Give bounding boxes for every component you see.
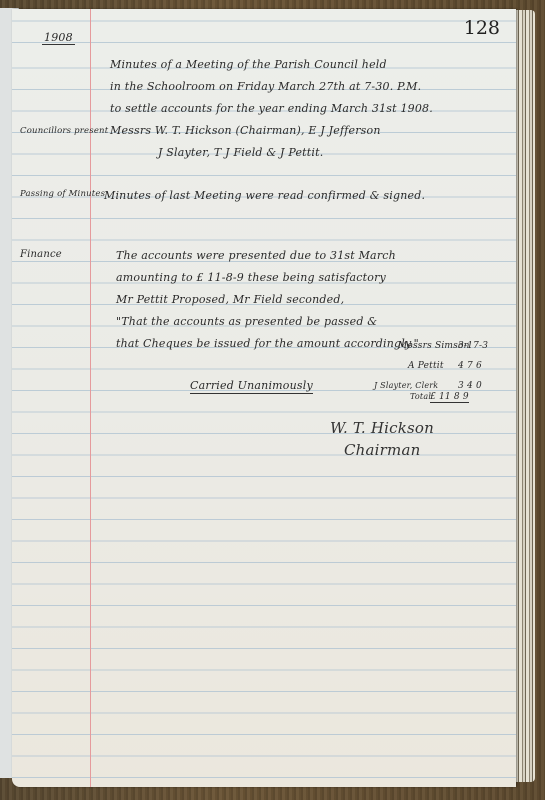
councillors-line: J Slayter, T J Field & J Pettit. (158, 146, 323, 159)
signature-title: Chairman (344, 441, 420, 459)
minutes-text: Minutes of last Meeting were read confir… (104, 189, 425, 202)
payment-amount: 3-17-3 (458, 341, 488, 351)
year-heading: 1908 (42, 31, 75, 45)
finance-line: The accounts were presented due to 31st … (116, 249, 396, 262)
payment-amount: 4 7 6 (458, 361, 482, 371)
minutes-label: Passing of Minutes (20, 189, 105, 199)
payment-amount: 3 4 0 (458, 381, 482, 391)
payment-payee: A Pettit (408, 361, 444, 371)
heading-line: to settle accounts for the year ending M… (110, 102, 433, 115)
finance-line: "That the accounts as presented be passe… (116, 315, 377, 328)
page-number: 128 (464, 17, 500, 39)
finance-line: amounting to £ 11-8-9 these being satisf… (116, 271, 386, 284)
finance-label: Finance (20, 249, 62, 260)
resolution-result: Carried Unanimously (190, 379, 313, 394)
heading-line: Minutes of a Meeting of the Parish Counc… (110, 58, 387, 71)
signature-name: W. T. Hickson (330, 419, 434, 437)
councillors-line: Messrs W. T. Hickson (Chairman), E J Jef… (110, 124, 381, 137)
total-label: Total (410, 392, 431, 401)
finance-line: that Cheques be issued for the amount ac… (116, 337, 419, 350)
payment-payee: J Slayter, Clerk (374, 381, 438, 390)
total-amount: £ 11 8 9 (430, 392, 469, 403)
ledger-page: 1908 128 Minutes of a Meeting of the Par… (12, 9, 516, 787)
finance-line: Mr Pettit Proposed, Mr Field seconded, (116, 293, 344, 306)
heading-line: in the Schoolroom on Friday March 27th a… (110, 80, 421, 93)
councillors-label: Councillors present (20, 126, 108, 136)
